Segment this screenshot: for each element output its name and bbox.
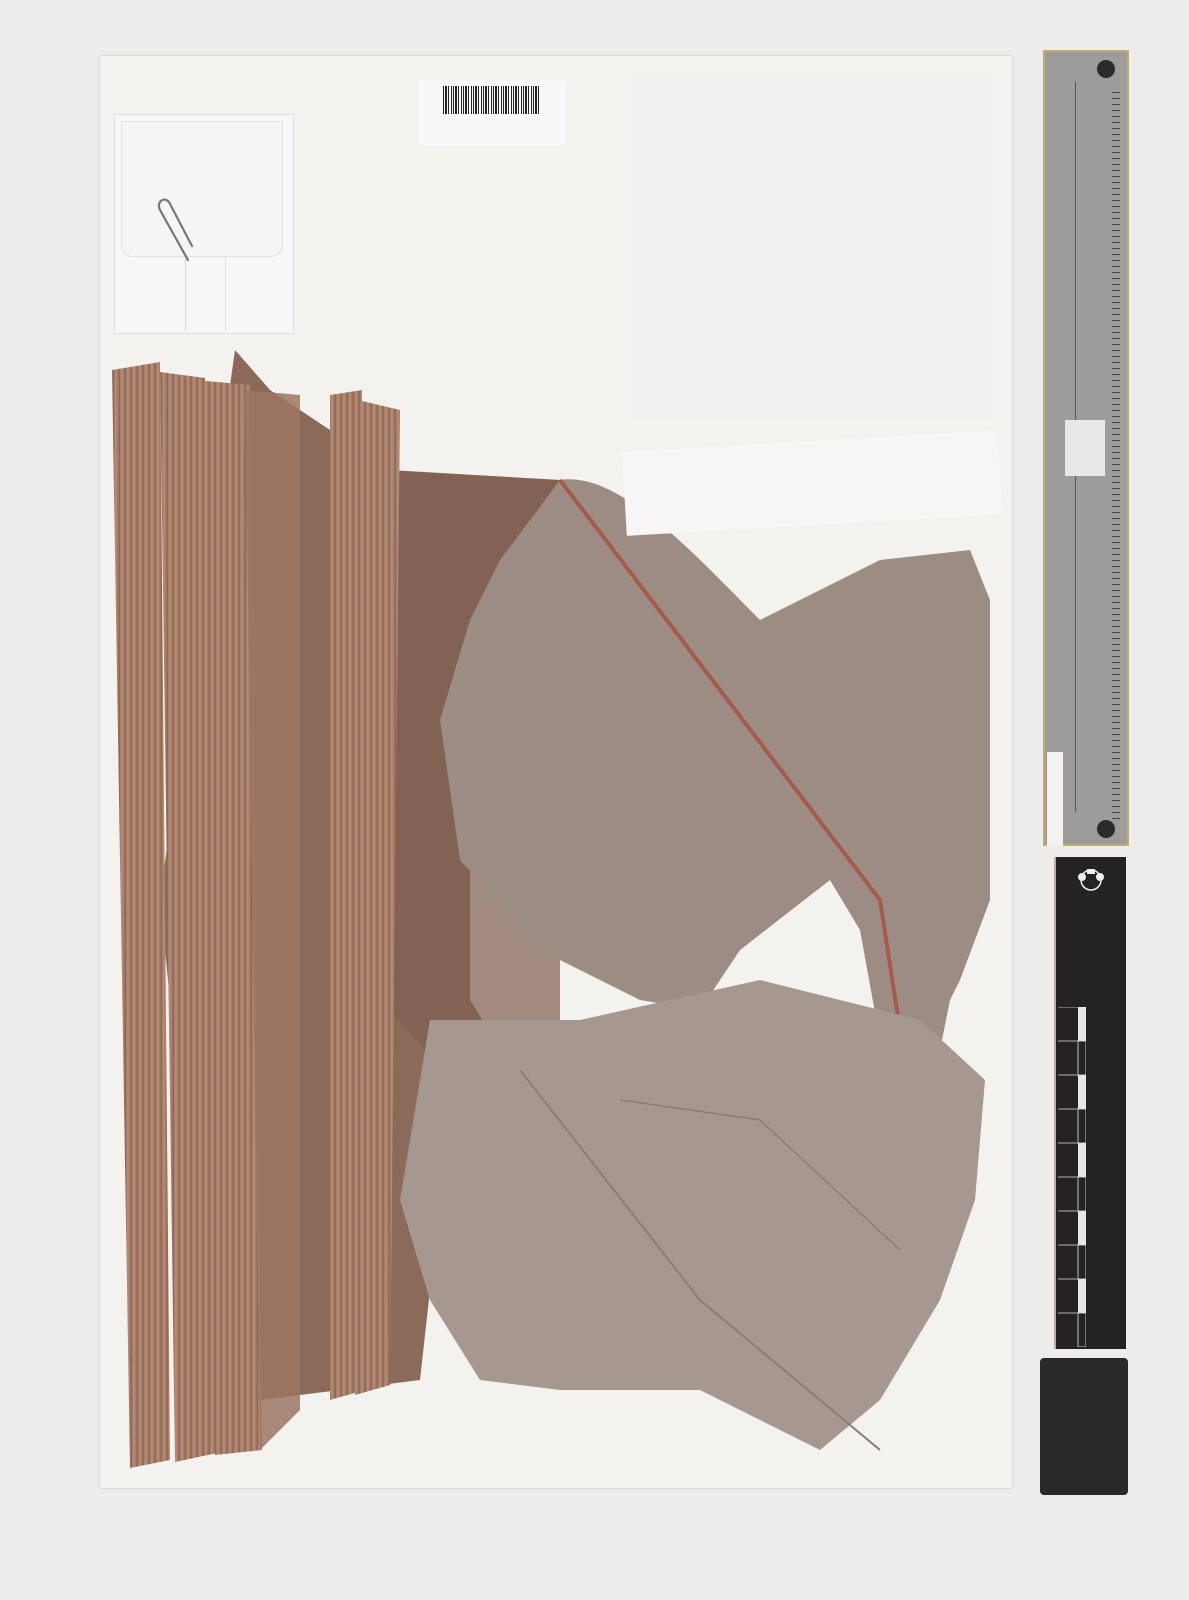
- specimen-heliconia: [0, 0, 1189, 1600]
- scale-code: [1047, 752, 1063, 846]
- crest-icon: [1074, 865, 1108, 895]
- color-scale-bar: [1043, 50, 1129, 846]
- cm-ruler: [1058, 1007, 1086, 1347]
- hole-icon: [1097, 820, 1115, 838]
- cm-numbers: [1086, 1003, 1106, 1343]
- kew-scale-bar: [1054, 857, 1126, 1349]
- color-checker-card: [1040, 1358, 1128, 1495]
- focus-target: [1065, 420, 1105, 476]
- hole-icon: [1097, 60, 1115, 78]
- scale-ticks: [1112, 92, 1120, 822]
- collection-label: [630, 72, 998, 420]
